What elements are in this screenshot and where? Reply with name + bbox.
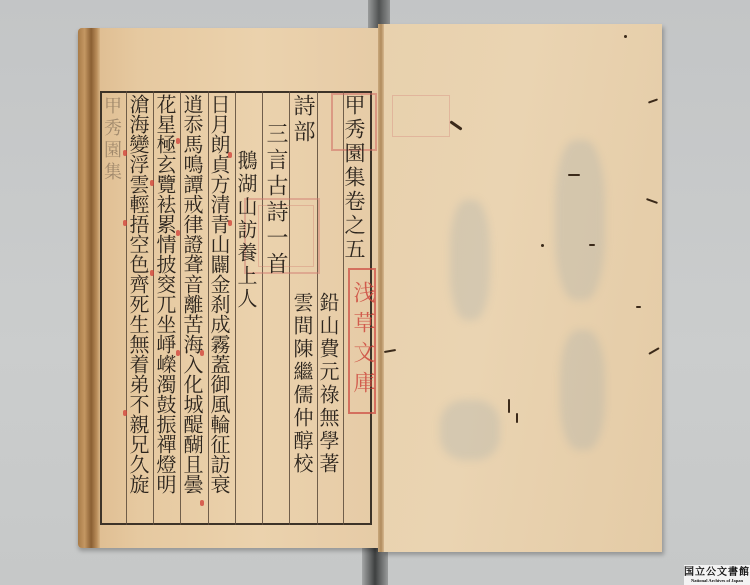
wormhole bbox=[589, 244, 595, 246]
red-punctuation bbox=[123, 150, 127, 156]
subsection-heading: 三言古詩一首 bbox=[264, 122, 286, 278]
water-stain bbox=[440, 400, 500, 460]
red-punctuation bbox=[176, 350, 180, 356]
logo-english: National Archives of Japan bbox=[691, 578, 743, 584]
water-stain bbox=[555, 140, 605, 300]
water-stain bbox=[450, 200, 490, 320]
fold-edge-title: 甲秀園集 bbox=[102, 96, 120, 184]
book-spine-edge bbox=[78, 28, 100, 548]
asakusa-bunko-seal: 浅草文庫 bbox=[348, 268, 376, 414]
book-gutter-shadow-bottom bbox=[362, 548, 388, 585]
red-punctuation bbox=[176, 230, 180, 236]
red-punctuation bbox=[200, 350, 204, 356]
poem-title: 鵝湖山訪養上人 bbox=[236, 150, 256, 311]
national-archives-logo: 国立公文書館 National Archives of Japan bbox=[684, 565, 750, 585]
author-line: 鉛山費元祿無學著 bbox=[318, 292, 338, 476]
seal-show-through bbox=[392, 95, 450, 137]
volume-title: 甲秀園集卷之五 bbox=[343, 94, 364, 262]
poem-column-1: 日月朗貞方清青山闢金刹成霧蓋御風輪征訪衰 bbox=[209, 94, 229, 494]
poem-column-2: 逍忝馬鳴譚戒律證聋音離苦海入化城醍醐且曇 bbox=[182, 94, 202, 494]
editor-line: 雲間陳繼儒仲醇校 bbox=[292, 292, 312, 476]
wormhole bbox=[508, 399, 510, 413]
red-punctuation bbox=[228, 152, 232, 158]
wormhole bbox=[541, 244, 544, 247]
wormhole bbox=[568, 174, 580, 176]
red-punctuation bbox=[176, 138, 180, 144]
page-fold bbox=[378, 24, 384, 552]
wormhole bbox=[624, 35, 627, 38]
red-punctuation bbox=[123, 410, 127, 416]
red-punctuation bbox=[123, 220, 127, 226]
wormhole bbox=[516, 413, 518, 423]
poem-column-3: 花星極玄覽袪累情披窔兀坐崢嶸濁鼓振禪燈明 bbox=[155, 94, 175, 494]
red-punctuation bbox=[200, 500, 204, 506]
poem-column-4: 滄海變浮雲輕捂空色齊死生無着弟不親兄久旋 bbox=[128, 94, 148, 494]
wormhole bbox=[636, 306, 641, 308]
red-punctuation bbox=[228, 220, 232, 226]
water-stain bbox=[560, 330, 605, 450]
red-punctuation bbox=[150, 270, 154, 276]
logo-japanese: 国立公文書館 bbox=[684, 567, 750, 578]
section-heading: 詩部 bbox=[291, 94, 313, 146]
red-punctuation bbox=[150, 180, 154, 186]
